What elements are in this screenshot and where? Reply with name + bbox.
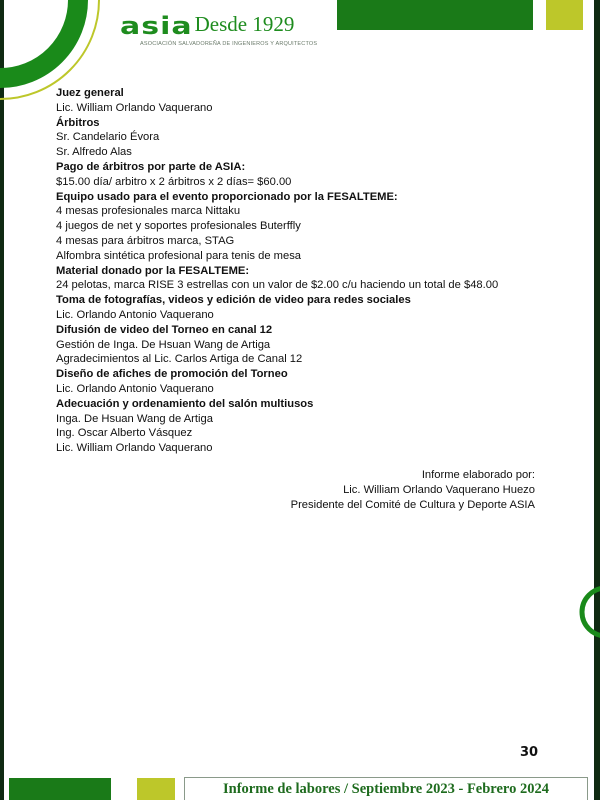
section-line: 4 juegos de net y soportes profesionales… [56, 219, 556, 234]
section-line: Sr. Alfredo Alas [56, 145, 556, 160]
section-line: Lic. William Orlando Vaquerano [56, 441, 556, 456]
section-heading: Diseño de afiches de promoción del Torne… [56, 367, 556, 382]
section-line: 4 mesas para árbitros marca, STAG [56, 234, 556, 249]
section-line: Lic. Orlando Antonio Vaquerano [56, 382, 556, 397]
header-lime-bar [546, 0, 583, 30]
footer-lime-bar [137, 778, 175, 800]
section-line: 4 mesas profesionales marca Nittaku [56, 204, 556, 219]
section-heading: Equipo usado para el evento proporcionad… [56, 190, 556, 205]
section-line: Ing. Oscar Alberto Vásquez [56, 426, 556, 441]
logo-subtitle: ASOCIACIÓN SALVADOREÑA DE INGENIEROS Y A… [140, 41, 340, 47]
section-line: 24 pelotas, marca RISE 3 estrellas con u… [56, 278, 556, 293]
section-line: Lic. William Orlando Vaquerano [56, 101, 556, 116]
section-heading: Toma de fotografías, videos y edición de… [56, 293, 556, 308]
section-heading: Juez general [56, 86, 556, 101]
signature-role: Presidente del Comité de Cultura y Depor… [291, 498, 535, 513]
signature-name: Lic. William Orlando Vaquerano Huezo [291, 483, 535, 498]
section-line: Sr. Candelario Évora [56, 130, 556, 145]
top-left-lime-ring [0, 0, 99, 99]
footer-title: Informe de labores / Septiembre 2023 - F… [184, 777, 588, 800]
top-left-green-ring [0, 0, 78, 78]
section-line: Lic. Orlando Antonio Vaquerano [56, 308, 556, 323]
section-heading: Difusión de video del Torneo en canal 12 [56, 323, 556, 338]
logo-word: asia [120, 15, 193, 39]
section-heading: Material donado por la FESALTEME: [56, 264, 556, 279]
left-border-strip [0, 0, 4, 800]
footer-green-bar [9, 778, 111, 800]
asia-logo: asiaDesde 1929 ASOCIACIÓN SALVADOREÑA DE… [120, 9, 340, 47]
logo-since: Desde 1929 [195, 9, 295, 39]
signature-block: Informe elaborado por: Lic. William Orla… [291, 468, 535, 513]
right-border-strip [594, 0, 600, 800]
header-green-bar [337, 0, 533, 30]
section-heading: Pago de árbitros por parte de ASIA: [56, 160, 556, 175]
signature-intro: Informe elaborado por: [291, 468, 535, 483]
section-line: Agradecimientos al Lic. Carlos Artiga de… [56, 352, 556, 367]
section-line: Gestión de Inga. De Hsuan Wang de Artiga [56, 338, 556, 353]
report-body: Juez generalLic. William Orlando Vaquera… [56, 86, 556, 456]
section-line: Inga. De Hsuan Wang de Artiga [56, 412, 556, 427]
section-line: Alfombra sintética profesional para teni… [56, 249, 556, 264]
page-number: 30 [520, 745, 538, 760]
section-heading: Adecuación y ordenamiento del salón mult… [56, 397, 556, 412]
section-heading: Árbitros [56, 116, 556, 131]
section-line: $15.00 día/ arbitro x 2 árbitros x 2 día… [56, 175, 556, 190]
